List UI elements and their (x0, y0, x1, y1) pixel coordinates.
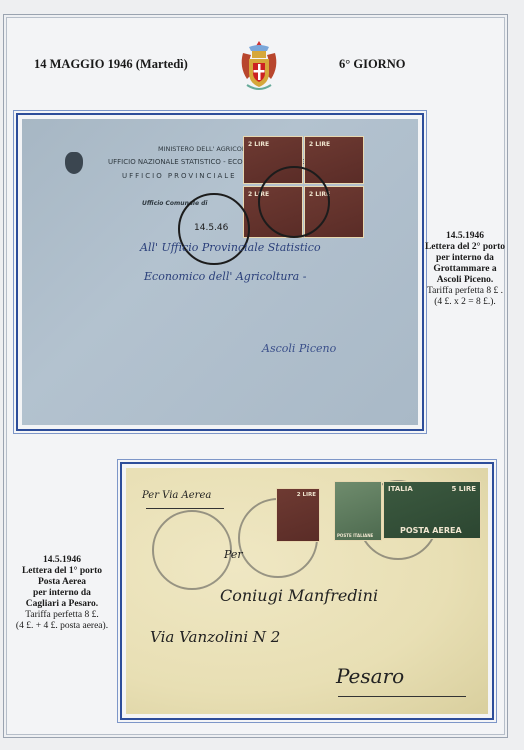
letterhead-line-3: UFFICIO PROVINCIALE (122, 172, 237, 180)
address-city: Pesaro (336, 664, 404, 688)
caption-item-2: 14.5.1946 Lettera del 1° porto Posta Aer… (8, 555, 116, 632)
address-line-2: Economico dell' Agricoltura - (144, 270, 306, 283)
page-day-heading: 6° GIORNO (339, 57, 405, 72)
postmark-date: 14.5.46 (194, 223, 228, 233)
address-line-1: All' Ufficio Provinciale Statistico (140, 241, 321, 254)
city-underline (338, 696, 466, 697)
envelope-frame-cagliari: Per Via Aerea 2 LIRE POSTE ITALIANE ITAL… (120, 462, 494, 720)
postmark-ascoli (258, 166, 330, 238)
savoy-coat-of-arms-icon (237, 39, 281, 97)
address-recipient: Coniugi Manfredini (220, 586, 378, 605)
postmark-ferrovia-1 (152, 510, 232, 590)
stamp-poste-italiane: POSTE ITALIANE (334, 481, 382, 541)
stamp-5-lire-posta-aerea: ITALIA 5 LIRE POSTA AEREA (383, 481, 481, 539)
address-per: Per (224, 548, 243, 561)
caption-item-1: 14.5.1946 Lettera del 2° porto per inter… (422, 231, 508, 308)
ministry-seal-icon (65, 152, 83, 174)
stamp-2-lire: 2 LIRE (276, 488, 320, 542)
airmail-note: Per Via Aerea (142, 490, 211, 501)
album-page: 14 MAGGIO 1946 (Martedì) 6° GIORNO MINIS… (3, 14, 508, 738)
address-line-3: Ascoli Piceno (262, 342, 336, 355)
airmail-underline (146, 508, 224, 509)
envelope-cream: Per Via Aerea 2 LIRE POSTE ITALIANE ITAL… (126, 468, 488, 714)
envelope-blue: MINISTERO DELL' AGRICOLTURA UFFICIO NAZI… (22, 119, 418, 425)
envelope-frame-grottammare: MINISTERO DELL' AGRICOLTURA UFFICIO NAZI… (16, 113, 424, 431)
address-street: Via Vanzolini N 2 (150, 628, 280, 646)
page-date-heading: 14 MAGGIO 1946 (Martedì) (34, 57, 188, 72)
